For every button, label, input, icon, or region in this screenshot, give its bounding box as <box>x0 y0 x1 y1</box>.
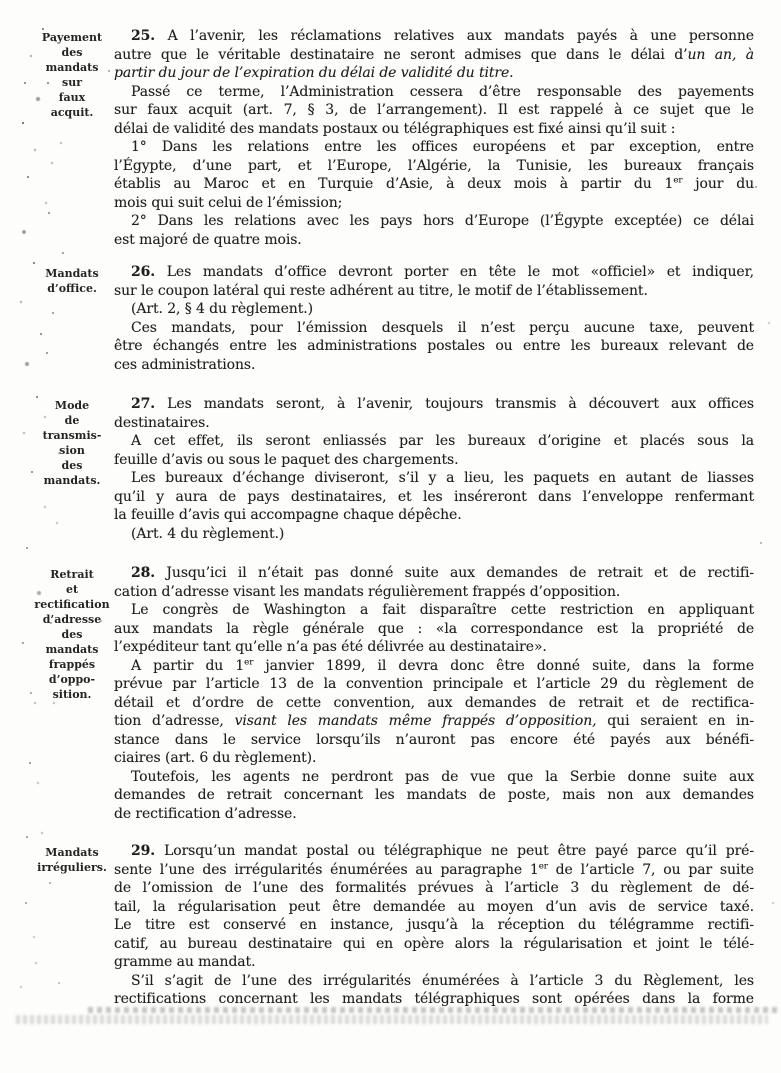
text-line: tion d’adresse, visant les mandats même … <box>114 712 754 731</box>
margin-note-line: d’office. <box>28 281 116 296</box>
text-line: être échangés entre les administrations … <box>114 337 754 356</box>
text-line: Le titre est conservé en instance, jusqu… <box>114 916 754 935</box>
text-line: l’Égypte, d’une part, et l’Europe, l’Alg… <box>114 157 754 176</box>
text-line: 26. Les mandats d’office devront porter … <box>114 263 754 282</box>
text-line: Ces mandats, pour l’émission desquels il… <box>114 319 754 338</box>
margin-note-line: de <box>28 413 116 428</box>
margin-note-line: frappés <box>28 657 116 672</box>
text-line: sente l’une des irrégularités énumérées … <box>114 861 754 880</box>
text-line: établis au Maroc et en Turquie d’Asie, à… <box>114 175 754 194</box>
text-line: autre que le véritable destinataire ne s… <box>114 46 754 65</box>
text-line: A cet effet, ils seront enliassés par le… <box>114 432 754 451</box>
scanned-page: Payementdesmandatssurfauxacquit. 25. A l… <box>0 0 781 1073</box>
text-line: rectifications concernant les mandats té… <box>114 990 754 1009</box>
text-line: (Art. 4 du règlement.) <box>114 525 754 544</box>
margin-note-line: Payement <box>28 30 116 45</box>
faded-ghost-text-line <box>88 1007 781 1013</box>
text-line: demandes de retrait concernant les manda… <box>114 786 754 805</box>
margin-note-line: Mandats <box>28 266 116 281</box>
section-article-29: Mandatsirréguliers. 29. Lorsqu’un mandat… <box>0 842 781 1009</box>
margin-note-line: sur <box>28 75 116 90</box>
margin-note-line: mandats <box>28 642 116 657</box>
margin-note-mandats-irreguliers: Mandatsirréguliers. <box>28 845 116 875</box>
margin-note-line: mandats. <box>28 473 116 488</box>
text-line: cation d’adresse visant les mandats régu… <box>114 583 754 602</box>
paragraph-text-29: 29. Lorsqu’un mandat postal ou télégraph… <box>114 842 754 1009</box>
text-line: 2° Dans les relations avec les pays hors… <box>114 212 754 231</box>
text-line: 28. Jusqu’ici il n’était pas donné suite… <box>114 564 754 583</box>
text-line: détail et d’ordre de cette convention, a… <box>114 694 754 713</box>
text-line: sur le coupon latéral qui reste adhérent… <box>114 282 754 301</box>
margin-note-retrait-rectification: Retraitetrectificationd’adressedesmandat… <box>28 567 116 702</box>
margin-note-line: et <box>28 582 116 597</box>
text-line: sur faux acquit (art. 7, § 3, de l’arran… <box>114 101 754 120</box>
margin-note-line: acquit. <box>28 105 116 120</box>
margin-note-line: Retrait <box>28 567 116 582</box>
text-line: 1° Dans les relations entre les offices … <box>114 138 754 157</box>
text-line: destinataires. <box>114 414 754 433</box>
text-line: A partir du 1er janvier 1899, il devra d… <box>114 657 754 676</box>
text-line: 29. Lorsqu’un mandat postal ou télégraph… <box>114 842 754 861</box>
paragraph-text-27: 27. Les mandats seront, à l’avenir, touj… <box>114 395 754 543</box>
text-line: qu’il y aura de pays destinataires, et l… <box>114 488 754 507</box>
faded-ghost-text-line <box>16 1015 768 1024</box>
margin-note-line: transmis- <box>28 428 116 443</box>
paragraph-text-25: 25. A l’avenir, les réclamations relativ… <box>114 27 754 249</box>
section-article-28: Retraitetrectificationd’adressedesmandat… <box>0 564 781 823</box>
text-line: délai de validité des mandats postaux ou… <box>114 120 754 139</box>
text-line: de l’omission de l’une des formalités pr… <box>114 879 754 898</box>
text-line: Passé ce terme, l’Administration cessera… <box>114 83 754 102</box>
text-line: tail, la régularisation peut être demand… <box>114 898 754 917</box>
margin-note-line: mandats <box>28 60 116 75</box>
margin-note-line: sion <box>28 443 116 458</box>
text-line: prévue par l’article 13 de la convention… <box>114 675 754 694</box>
paragraph-text-26: 26. Les mandats d’office devront porter … <box>114 263 754 374</box>
text-line: 25. A l’avenir, les réclamations relativ… <box>114 27 754 46</box>
margin-note-line: d’adresse <box>28 612 116 627</box>
text-line: gramme au mandat. <box>114 953 754 972</box>
text-line: partir du jour de l’expiration du délai … <box>114 64 754 83</box>
section-article-25: Payementdesmandatssurfauxacquit. 25. A l… <box>0 27 781 249</box>
margin-note-mode-transmission: Modedetransmis-siondesmandats. <box>28 398 116 488</box>
text-line: feuille d’avis ou sous le paquet des cha… <box>114 451 754 470</box>
margin-note-line: des <box>28 627 116 642</box>
text-line: S’il s’agit de l’une des irrégularités é… <box>114 972 754 991</box>
margin-note-line: irréguliers. <box>28 860 116 875</box>
scan-noise-speckles <box>0 0 2 2</box>
text-line: de rectification d’adresse. <box>114 805 754 824</box>
section-article-26: Mandatsd’office. 26. Les mandats d’offic… <box>0 263 781 374</box>
text-line: Les bureaux d’échange diviseront, s’il y… <box>114 469 754 488</box>
margin-note-line: sition. <box>28 687 116 702</box>
margin-note-line: des <box>28 458 116 473</box>
text-line: ciaires (art. 6 du règlement). <box>114 749 754 768</box>
text-line: Le congrès de Washington a fait disparaî… <box>114 601 754 620</box>
text-line: mois qui suit celui de l’émission; <box>114 194 754 213</box>
text-line: aux mandats la règle générale que : «la … <box>114 620 754 639</box>
text-line: catif, au bureau destinataire qui en opè… <box>114 935 754 954</box>
text-line: (Art. 2, § 4 du règlement.) <box>114 300 754 319</box>
margin-note-line: Mode <box>28 398 116 413</box>
margin-note-payement-faux-acquit: Payementdesmandatssurfauxacquit. <box>28 30 116 120</box>
section-article-27: Modedetransmis-siondesmandats. 27. Les m… <box>0 395 781 543</box>
text-line: Toutefois, les agents ne perdront pas de… <box>114 768 754 787</box>
margin-note-mandats-office: Mandatsd’office. <box>28 266 116 296</box>
margin-note-line: d’oppo- <box>28 672 116 687</box>
text-line: stance dans le service lorsqu’ils n’auro… <box>114 731 754 750</box>
text-line: la feuille d’avis qui accompagne chaque … <box>114 506 754 525</box>
margin-note-line: des <box>28 45 116 60</box>
margin-note-line: faux <box>28 90 116 105</box>
margin-note-line: rectification <box>28 597 116 612</box>
text-line: 27. Les mandats seront, à l’avenir, touj… <box>114 395 754 414</box>
text-line: est majoré de quatre mois. <box>114 231 754 250</box>
text-line: ces administrations. <box>114 356 754 375</box>
margin-note-line: Mandats <box>28 845 116 860</box>
text-line: l’expéditeur tant qu’elle n’a pas été dé… <box>114 638 754 657</box>
paragraph-text-28: 28. Jusqu’ici il n’était pas donné suite… <box>114 564 754 823</box>
